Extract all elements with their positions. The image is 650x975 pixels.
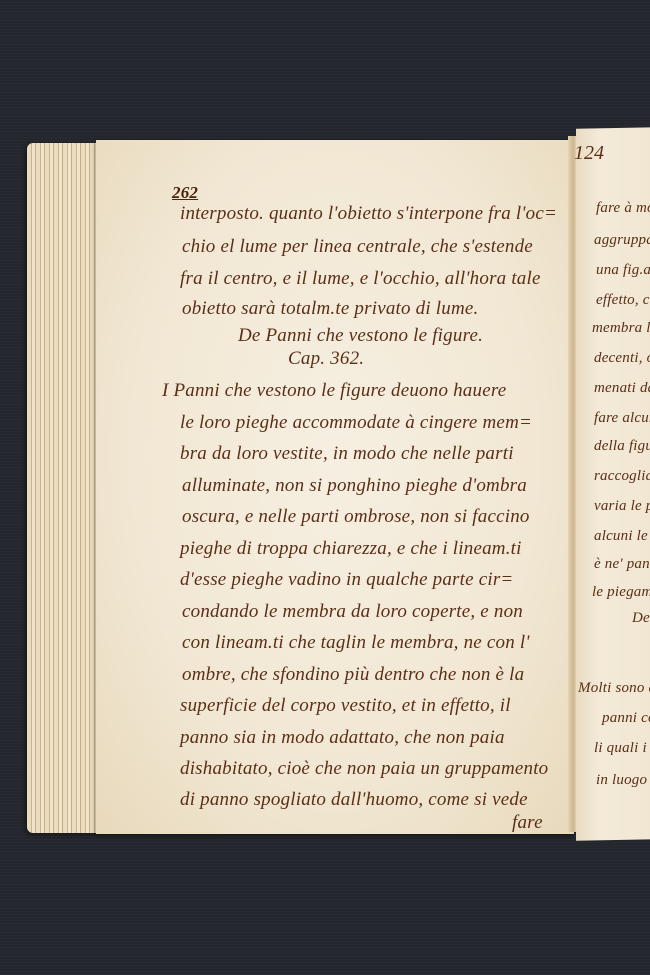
text-line: le piegam.ti — [592, 584, 650, 601]
text-line: Molti sono quelli — [578, 680, 650, 697]
text-line: di panno spogliato dall'huomo, come si v… — [180, 789, 528, 811]
page-number: 124 — [574, 142, 604, 165]
text-line: oscura, e nelle parti ombrose, non si fa… — [182, 506, 530, 528]
text-line: dishabitato, cioè che non paia un gruppa… — [180, 758, 548, 780]
text-line: decenti, o — [594, 350, 650, 367]
text-line: menati da — [594, 380, 650, 397]
text-line: aggruppam — [594, 232, 650, 249]
text-line: è ne' pann — [594, 556, 650, 573]
text-line: effetto, cioè — [596, 292, 650, 309]
text-line: fra il centro, e il lume, e l'occhio, al… — [180, 268, 541, 290]
text-line: della figura — [594, 438, 650, 455]
text-line: alcuni le p — [594, 528, 650, 545]
text-line: De — [632, 610, 650, 627]
text-line: alluminate, non si ponghino pieghe d'omb… — [182, 475, 527, 497]
text-line: d'esse pieghe vadino in qualche parte ci… — [180, 569, 513, 591]
text-line: con lineam.ti che taglin le membra, ne c… — [182, 632, 530, 654]
text-line: pieghe di troppa chiarezza, e che i line… — [180, 538, 522, 560]
text-line: ombre, che sfondino più dentro che non è… — [182, 664, 524, 686]
page-edges — [27, 143, 99, 833]
text-line: obietto sarà totalm.te privato di lume. — [182, 298, 478, 320]
text-line: membra lo — [592, 320, 650, 337]
open-manuscript-book: 262 interposto. quanto l'obietto s'inter… — [0, 0, 650, 975]
text-line: panni con — [602, 710, 650, 727]
text-line: chio el lume per linea centrale, che s'e… — [182, 236, 533, 258]
text-line: bra da loro vestite, in modo che nelle p… — [180, 443, 514, 465]
text-line: in luogo de — [596, 772, 650, 789]
text-line: panno sia in modo adattato, che non paia — [180, 727, 505, 749]
chapter-heading: De Panni che vestono le figure. — [238, 325, 483, 347]
text-line: li quali i — [594, 740, 647, 757]
catchword: fare — [512, 812, 543, 834]
text-line: una fig.a, — [596, 262, 650, 279]
text-line: interposto. quanto l'obietto s'interpone… — [180, 203, 557, 225]
text-line: varia le pa — [594, 498, 650, 515]
folio-number: 262 — [172, 183, 198, 203]
text-line: superficie del corpo vestito, et in effe… — [180, 695, 511, 717]
chapter-number: Cap. 362. — [288, 348, 364, 370]
text-line: fare à molti — [596, 200, 650, 217]
text-line: raccogliano — [594, 468, 650, 485]
text-line: I Panni che vestono le figure deuono hau… — [162, 380, 506, 402]
text-line: le loro pieghe accommodate à cingere mem… — [180, 412, 532, 434]
text-line: condando le membra da loro coperte, e no… — [182, 601, 523, 623]
text-line: fare alcun — [594, 410, 650, 427]
